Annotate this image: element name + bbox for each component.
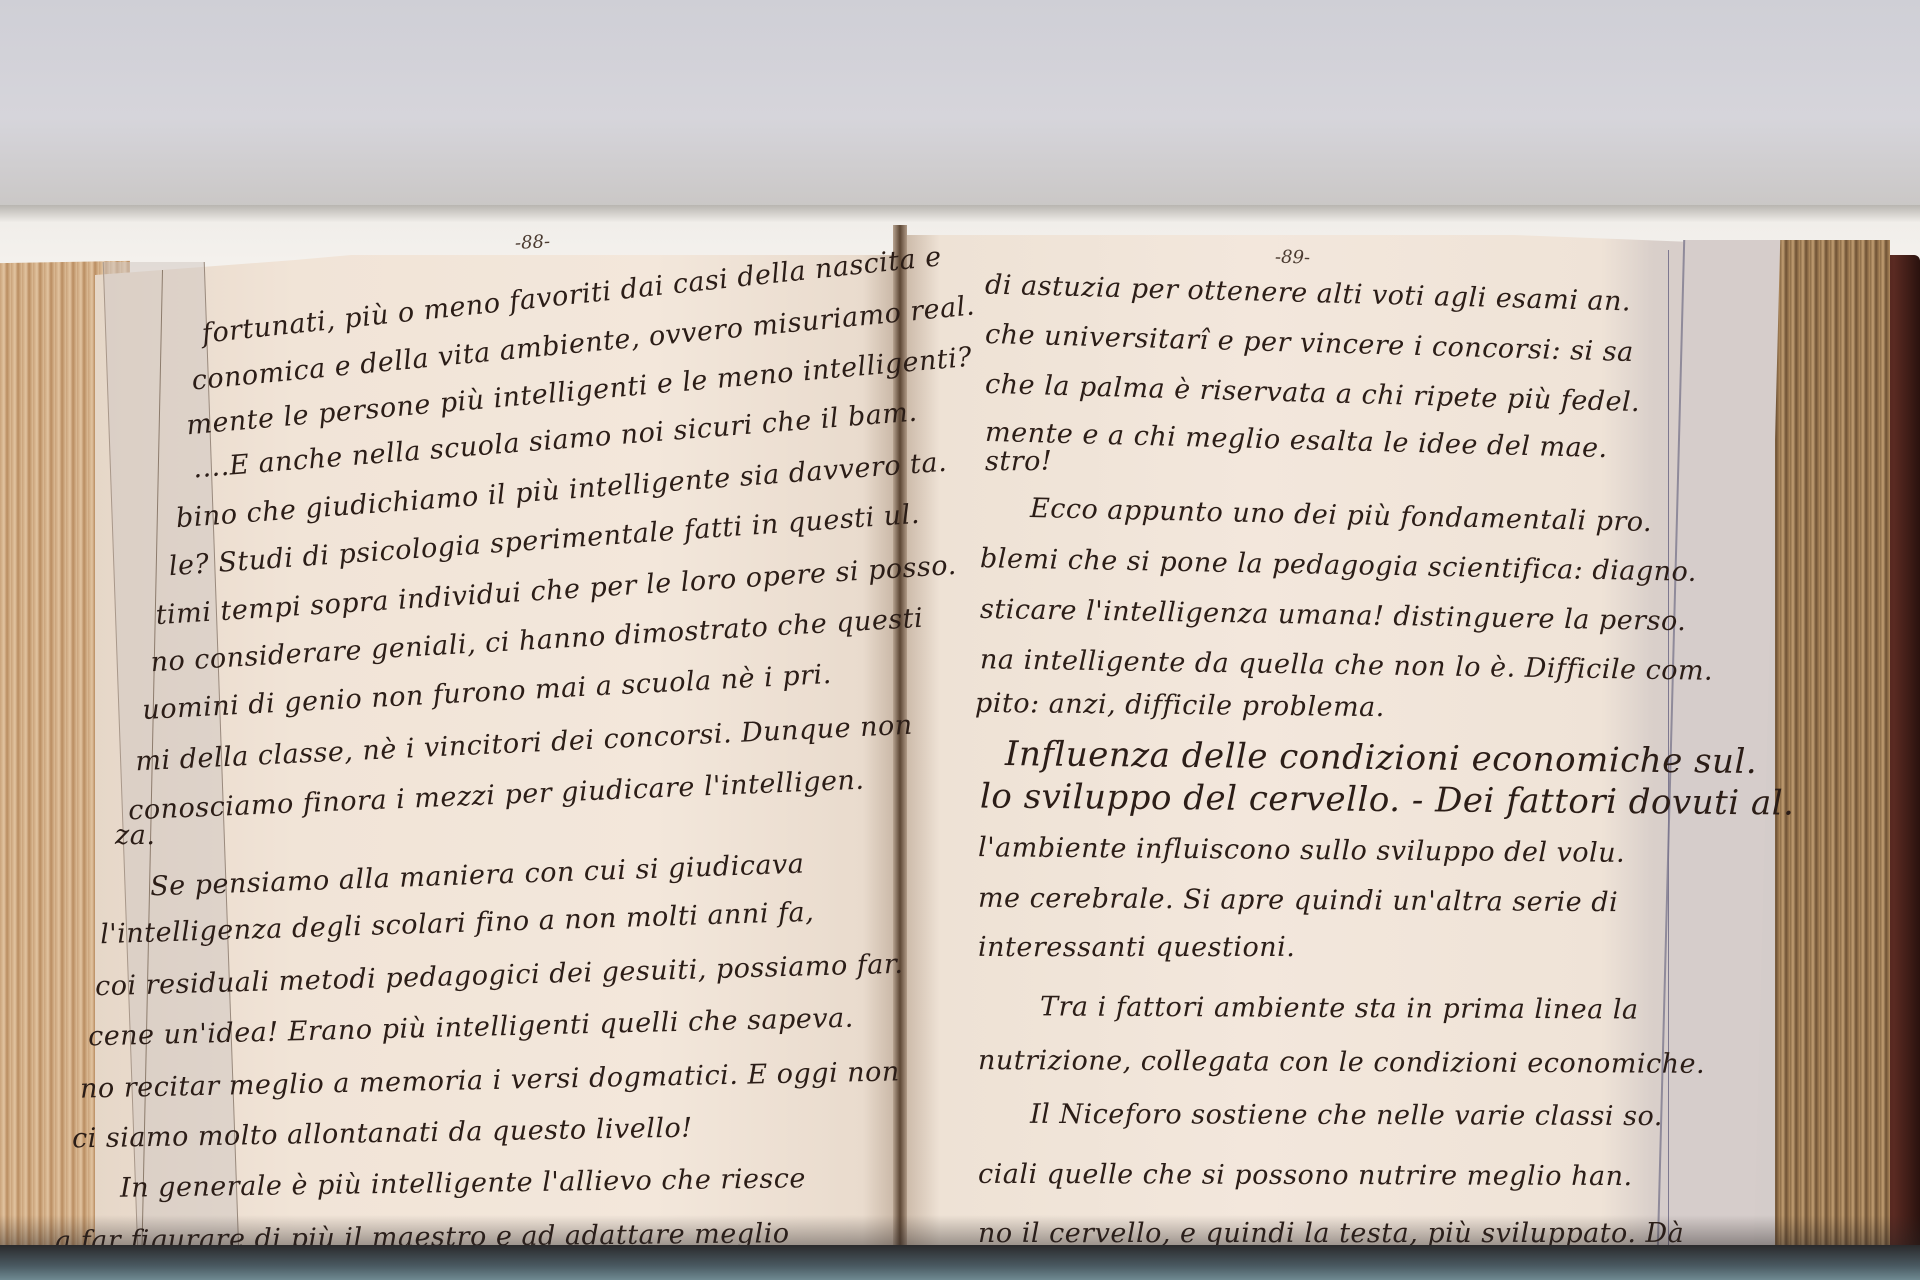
right-page-stack (1760, 240, 1890, 1260)
text-line: me cerebrale. Si apre quindi un'altra se… (978, 883, 1618, 918)
section-heading-line: Influenza delle condizioni economiche su… (1005, 734, 1758, 782)
book-gutter (893, 225, 907, 1265)
left-page-number: -88- (514, 231, 550, 254)
text-line: Il Niceforo sostiene che nelle varie cla… (1030, 1099, 1663, 1132)
text-line: nutrizione, collegata con le condizioni … (978, 1045, 1705, 1080)
display-base (0, 1245, 1920, 1280)
text-line: l'ambiente influiscono sullo sviluppo de… (978, 832, 1625, 869)
text-line: Tra i fattori ambiente sta in prima line… (1040, 991, 1639, 1025)
right-page-number: -89- (1275, 247, 1310, 269)
section-heading-line: lo sviluppo del cervello. - Dei fattori … (980, 776, 1795, 823)
text-line: pito: anzi, difficile problema. (975, 688, 1385, 723)
display-case-backdrop (0, 0, 1920, 215)
text-line: za. (115, 820, 155, 851)
text-line: stro! (985, 446, 1052, 477)
text-line: interessanti questioni. (978, 932, 1295, 963)
text-line: ciali quelle che si possono nutrire megl… (978, 1159, 1633, 1192)
